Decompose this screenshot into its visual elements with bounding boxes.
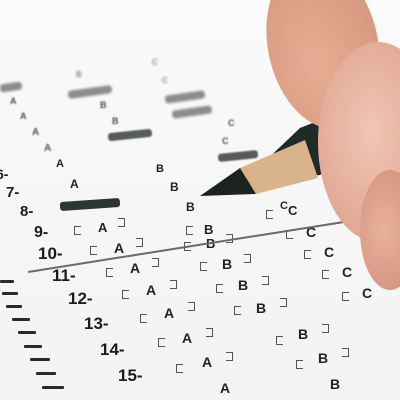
photo-scene: B C C A A A A B B C C 6- A B 7- A B 8- B — [0, 0, 400, 400]
